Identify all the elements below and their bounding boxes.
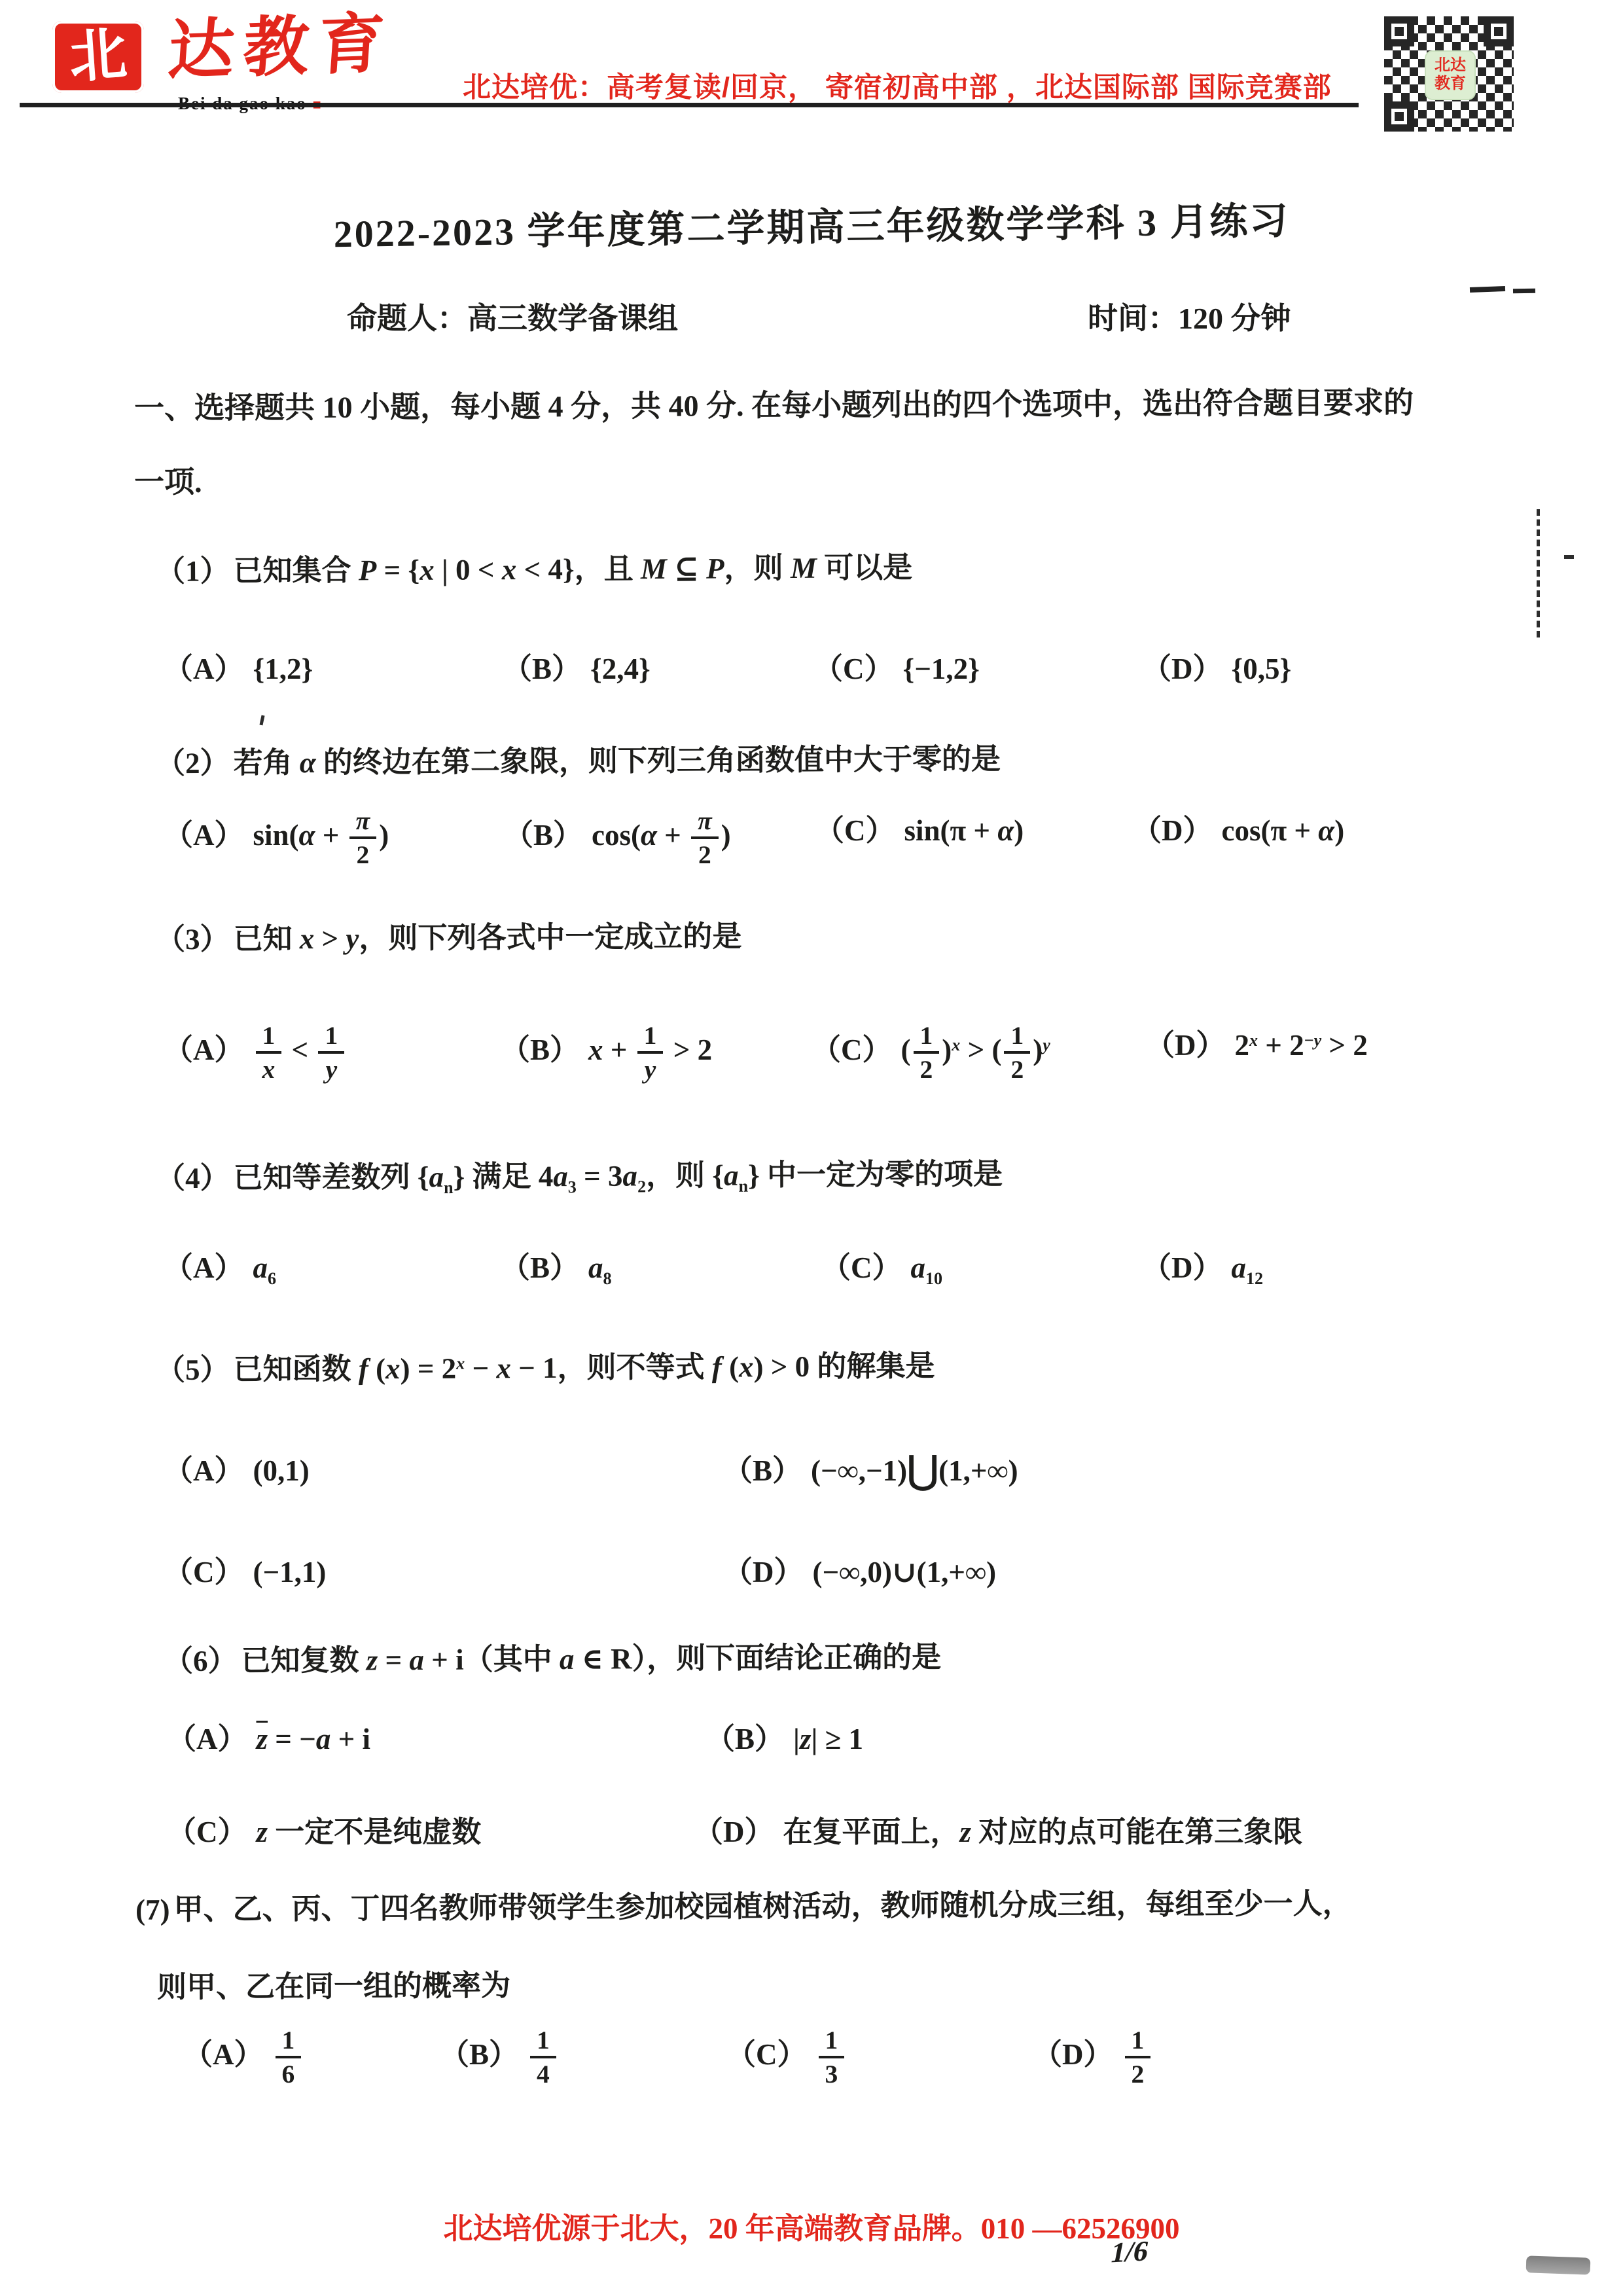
math-segment: ⋃ (907, 1449, 938, 1492)
option-label: （A） (164, 653, 244, 685)
math-segment: ( (368, 1352, 386, 1385)
math-segment: } 中一定为零的项是 (748, 1158, 1003, 1192)
math-segment: f (359, 1352, 368, 1385)
formula: sin(π + α) (904, 814, 1024, 847)
question-7-options: （A）16 （B）14 （C）13 （D）12 (0, 2026, 1623, 2124)
math-segment: 一定不是纯虚数 (268, 1816, 481, 1848)
math-segment: > ( (960, 1033, 1001, 1066)
math-segment: | ≥ 1 (811, 1723, 863, 1755)
math-segment: ) (1014, 814, 1024, 847)
fraction: 12 (914, 1021, 940, 1085)
option-label: （C） (726, 2038, 807, 2071)
formula: 若角 α 的终边在第二象限，则下列三角函数值中大于零的是 (233, 743, 1001, 780)
math-segment: n (739, 1177, 749, 1196)
math-segment: ( (901, 1033, 911, 1066)
question-7-stem-line1: (7)甲、乙、丙、丁四名教师带领学生参加校园植树活动，教师随机分成三组，每组至少… (135, 1879, 1352, 1928)
formula: 1x < 1y (253, 1033, 348, 1066)
math-segment: x (1249, 1031, 1258, 1050)
seal-character: 北 (67, 26, 129, 88)
formula: sin(α + π2) (253, 819, 389, 852)
question-3-stem: （3）已知 x > y，则下列各式中一定成立的是 (156, 912, 742, 958)
option-label: （B） (440, 2038, 518, 2071)
formula: x + 1y > 2 (588, 1033, 712, 1066)
math-segment: n (444, 1178, 454, 1197)
math-segment: < 4}，且 (516, 552, 641, 586)
math-segment: P (359, 554, 377, 586)
exam-duration: 时间：120 分钟 (1088, 295, 1291, 338)
math-segment: ) (1334, 814, 1344, 847)
math-segment: 对应的点可能在第三象限 (971, 1816, 1302, 1848)
option-c: （C）(12)x > (12)y (811, 1021, 1050, 1085)
fraction: 12 (1125, 2026, 1151, 2089)
math-segment: z (257, 1723, 268, 1755)
brand-name: 达教育 (166, 8, 396, 88)
math-segment: x (456, 1354, 465, 1373)
fraction: π2 (691, 806, 719, 870)
math-segment: y (346, 922, 359, 955)
formula: 12 (1122, 2038, 1154, 2071)
math-segment: ) (1033, 1033, 1043, 1066)
question-6-stem: （6）已知复数 z = a + i（其中 a ∈ R），则下面结论正确的是 (164, 1633, 942, 1679)
fraction: π2 (349, 806, 377, 870)
math-segment: > 2 (666, 1033, 712, 1066)
math-segment: 已知集合 (233, 554, 359, 587)
math-segment: y (1043, 1035, 1050, 1054)
math-segment: z (960, 1816, 972, 1848)
section-intro-line2: 一项. (134, 458, 202, 501)
scan-artifact-blob (1526, 2255, 1591, 2274)
math-segment: R (611, 1642, 632, 1675)
option-b: （B）cos(α + π2) (504, 806, 731, 870)
formula: (−∞,0)∪(1,+∞) (813, 1556, 997, 1588)
option-a: （A）16 (183, 2026, 304, 2089)
question-4-stem: （4）已知等差数列 {an} 满足 4a3 = 3a2，则 {an} 中一定为零… (156, 1150, 1003, 1200)
fraction-denominator: 3 (825, 2058, 838, 2089)
math-segment: + i (330, 1723, 370, 1755)
option-label: （C） (821, 1251, 902, 1284)
option-label: （B） (723, 1454, 802, 1487)
math-segment: a (588, 1251, 603, 1284)
math-segment: = 3 (577, 1160, 623, 1193)
math-segment: ) (942, 1033, 952, 1066)
formula: z = −a + i (257, 1723, 370, 1755)
fraction-numerator: 1 (256, 1021, 282, 1054)
math-segment: 3 (568, 1177, 577, 1196)
fraction-numerator: 1 (276, 2026, 302, 2058)
math-segment: (−1,1) (253, 1556, 327, 1588)
question-6-options-row1: （A）z = −a + i （B）|z| ≥ 1 (0, 1715, 1623, 1813)
math-segment: x (496, 1352, 511, 1384)
formula: 已知 x > y，则下列各式中一定成立的是 (233, 920, 741, 956)
option-b: （B）{2,4} (503, 645, 651, 687)
math-segment: M (641, 552, 667, 585)
math-segment: α (1318, 814, 1334, 847)
formula: 14 (527, 2038, 559, 2071)
formula: {−1,2} (903, 653, 980, 685)
math-segment: = − (268, 1723, 316, 1755)
math-segment: | (793, 1723, 800, 1755)
math-segment: z (366, 1643, 378, 1676)
math-segment: ) > 0 的解集是 (753, 1350, 935, 1383)
math-segment: (−∞,−1) (811, 1454, 907, 1487)
question-number: （4） (156, 1162, 230, 1195)
fraction: 1y (637, 1021, 664, 1085)
fraction-numerator: 1 (637, 1021, 664, 1054)
option-label: （D） (694, 1816, 774, 1848)
math-var: y (326, 1055, 338, 1084)
fraction: 13 (819, 2026, 845, 2089)
math-segment: + 2 (1258, 1029, 1304, 1062)
math-segment: (1,+∞) (938, 1454, 1018, 1487)
qr-finder-icon (1384, 101, 1414, 132)
math-var: x (262, 1055, 276, 1084)
option-a: （A）{1,2} (164, 645, 313, 687)
math-segment: f (712, 1351, 722, 1384)
question-number: （5） (156, 1354, 230, 1387)
option-label: （D） (1142, 653, 1222, 685)
option-label: （C） (815, 814, 895, 847)
math-segment: + (315, 819, 346, 852)
math-segment: 已知 (233, 922, 300, 956)
math-segment: a (429, 1160, 444, 1193)
math-segment: ) (379, 819, 389, 852)
option-label: （A） (164, 1033, 244, 1066)
math-segment: z (800, 1723, 811, 1755)
math-segment: a (316, 1723, 331, 1755)
option-label: （B） (501, 1251, 579, 1284)
fraction-numerator: 1 (819, 2026, 845, 2058)
math-segment: cos( (592, 819, 641, 852)
option-d: （D）cos(π + α) (1132, 806, 1344, 849)
option-label: （D） (1033, 2038, 1113, 2071)
formula: 16 (273, 2038, 304, 2071)
formula: |z| ≥ 1 (793, 1723, 863, 1755)
header-tagline: 北达培优：高考复读/回京， 寄宿初高中部 ，北达国际部 国际竞赛部 (463, 65, 1332, 105)
question-7-stem-line2: 则甲、乙在同一组的概率为 (157, 1962, 510, 2006)
math-segment: + (657, 819, 688, 852)
math-segment: x (419, 554, 435, 586)
math-segment: = { (376, 554, 419, 586)
footer-slogan: 北达培优源于北大，20 年高端教育品牌。010 —62526900 (0, 2204, 1623, 2247)
option-label: （D） (1145, 1029, 1226, 1062)
math-var: y (1043, 1035, 1050, 1054)
section-intro-line1: 一、选择题共 10 小题，每小题 4 分，共 40 分. 在每小题列出的四个选项… (134, 379, 1414, 428)
math-var: x (456, 1354, 465, 1373)
fraction-numerator: 1 (914, 1021, 940, 1054)
formula: {2,4} (590, 653, 651, 685)
option-c: （C）(−1,1) (164, 1548, 326, 1590)
math-segment: 2 (1235, 1029, 1250, 1062)
option-c: （C）a10 (821, 1244, 942, 1289)
math-segment: {2,4} (590, 653, 651, 685)
math-var: y (645, 1055, 656, 1084)
option-label: （D） (1142, 1251, 1222, 1284)
math-segment: a (1232, 1251, 1247, 1284)
question-5-stem: （5）已知函数 f (x) = 2x − x − 1，则不等式 f (x) > … (156, 1342, 935, 1388)
qr-label-line1: 北达 (1435, 57, 1466, 75)
math-segment: ，则 { (646, 1159, 724, 1193)
question-2-options: （A）sin(α + π2) （B）cos(α + π2) （C）sin(π +… (0, 806, 1623, 905)
option-d: （D）在复平面上，z 对应的点可能在第三象限 (694, 1808, 1302, 1850)
formula: {1,2} (253, 653, 313, 685)
formula: a12 (1232, 1251, 1264, 1284)
math-segment: x (385, 1352, 401, 1385)
math-segment: a (553, 1160, 568, 1193)
question-number: （2） (156, 747, 230, 780)
formula: 甲、乙、丙、丁四名教师带领学生参加校园植树活动，教师随机分成三组，每组至少一人， (173, 1887, 1351, 1926)
exam-paper-page: 北 达教育 Bei da gao kao ■ 北达培优：高考复读/回京， 寄宿初… (0, 0, 1623, 2296)
fraction-numerator: π (349, 806, 377, 839)
option-label: （D） (1132, 814, 1213, 847)
option-c: （C）sin(π + α) (815, 806, 1024, 849)
option-a: （A）(0,1) (164, 1446, 310, 1489)
option-d: （D）{0,5} (1142, 645, 1291, 687)
math-segment: ∈ (574, 1643, 611, 1676)
formula: a6 (253, 1251, 277, 1284)
fraction: 14 (530, 2026, 556, 2089)
option-label: （B） (501, 1033, 579, 1066)
math-segment: a (911, 1251, 926, 1284)
question-number: （3） (156, 923, 230, 956)
math-var: x (952, 1035, 960, 1054)
question-5-options-row2: （C）(−1,1) （D）(−∞,0)∪(1,+∞) (0, 1548, 1623, 1646)
qr-finder-icon (1484, 16, 1514, 46)
math-segment: {1,2} (253, 653, 313, 685)
option-a: （A）a6 (164, 1244, 276, 1289)
option-d: （D）12 (1033, 2026, 1153, 2089)
formula: 已知复数 z = a + i（其中 a ∈ R），则下面结论正确的是 (241, 1641, 941, 1677)
math-segment: −y (1304, 1031, 1321, 1050)
option-c: （C）z 一定不是纯虚数 (167, 1808, 481, 1850)
formula: (−1,1) (253, 1556, 327, 1588)
formula: 已知等差数列 {an} 满足 4a3 = 3a2，则 {an} 中一定为零的项是 (233, 1158, 1003, 1194)
scan-dash (1470, 286, 1505, 293)
fraction-denominator: y (326, 1054, 338, 1084)
option-a: （A）sin(α + π2) (164, 806, 389, 870)
math-segment: (0,1) (253, 1454, 310, 1487)
brand-seal-logo: 北 (52, 21, 144, 93)
qr-finder-icon (1384, 16, 1414, 46)
math-segment: ) (721, 819, 731, 852)
math-segment: ⊆ (667, 552, 706, 585)
option-label: （A） (183, 2038, 264, 2071)
option-b: （B）14 (440, 2026, 559, 2089)
option-a: （A）1x < 1y (164, 1021, 347, 1085)
page-number: 1/6 (1108, 2234, 1152, 2270)
fraction-denominator: 2 (1010, 1054, 1024, 1084)
formula: a8 (588, 1251, 612, 1284)
fraction-numerator: 1 (530, 2026, 556, 2058)
math-segment: ( (722, 1350, 740, 1383)
math-segment: < (284, 1033, 315, 1066)
math-var: y (1314, 1031, 1322, 1050)
scan-artifact-vertical-line (1537, 509, 1540, 637)
math-segment: 已知等差数列 { (233, 1160, 429, 1194)
question-1-stem: （1）已知集合 P = {x | 0 < x < 4}，且 M ⊆ P，则 M … (156, 543, 912, 590)
math-segment: a (724, 1159, 739, 1192)
math-segment: M (791, 552, 817, 584)
math-segment: + (603, 1033, 635, 1066)
math-segment: > (314, 922, 346, 955)
math-segment: a (622, 1160, 637, 1193)
question-number: （6） (164, 1645, 238, 1678)
math-segment: ) = 2 (400, 1352, 456, 1385)
formula: 2x + 2−y > 2 (1235, 1029, 1368, 1062)
math-segment: 可以是 (817, 551, 913, 584)
formula: 已知函数 f (x) = 2x − x − 1，则不等式 f (x) > 0 的… (233, 1350, 935, 1386)
option-label: （C） (811, 1033, 892, 1066)
fraction-numerator: π (691, 806, 719, 839)
fraction-denominator: 2 (920, 1054, 933, 1084)
math-segment: α (300, 746, 316, 779)
math-segment: {−1,2} (903, 653, 980, 685)
question-3-options: （A）1x < 1y （B）x + 1y > 2 （C）(12)x > (12)… (0, 1021, 1623, 1119)
fraction-numerator: 1 (1125, 2026, 1151, 2058)
math-segment: 10 (925, 1269, 942, 1288)
formula: {0,5} (1232, 653, 1292, 685)
question-number: (7) (135, 1893, 170, 1926)
formula: z 一定不是纯虚数 (257, 1816, 482, 1848)
option-b: （B）|z| ≥ 1 (705, 1715, 863, 1757)
formula: (0,1) (253, 1454, 310, 1487)
page-title: 2022-2023 学年度第二学期高三年级数学学科 3 月练习 (0, 185, 1623, 263)
fraction-denominator: 2 (357, 839, 370, 869)
option-d: （D）a12 (1142, 1244, 1263, 1289)
option-label: （A） (164, 819, 244, 852)
option-d: （D）(−∞,0)∪(1,+∞) (723, 1548, 996, 1590)
math-segment: x (502, 553, 517, 586)
option-c: （C）{−1,2} (813, 645, 980, 687)
math-segment: 6 (268, 1269, 276, 1288)
question-1-options: （A）{1,2} （B）{2,4} （C）{−1,2} （D）{0,5} (0, 645, 1623, 743)
option-label: （A） (164, 1454, 244, 1487)
math-segment: z (257, 1816, 268, 1848)
option-label: （B） (503, 653, 581, 685)
math-segment: − (465, 1352, 496, 1384)
qr-code: 北达 教育 (1384, 16, 1514, 132)
math-segment: (−∞,0)∪(1,+∞) (813, 1556, 997, 1588)
option-label: （B） (504, 819, 582, 852)
question-5-options-row1: （A）(0,1) （B）(−∞,−1)⋃(1,+∞) (0, 1446, 1623, 1545)
fraction-numerator: 1 (1004, 1021, 1030, 1054)
option-a: （A）z = −a + i (167, 1715, 370, 1757)
math-segment: = (378, 1643, 409, 1676)
question-2-stem: （2）若角 α 的终边在第二象限，则下列三角函数值中大于零的是 (156, 735, 1001, 782)
scan-artifact-dash (1564, 555, 1574, 559)
math-segment: sin( (253, 819, 299, 852)
formula: cos(π + α) (1222, 814, 1345, 847)
math-segment: a (560, 1643, 575, 1676)
math-segment: x (952, 1035, 960, 1054)
math-var: π (698, 806, 712, 835)
math-segment: a (409, 1643, 424, 1676)
qr-center-label: 北达 教育 (1425, 50, 1476, 100)
math-segment: 的终边在第二象限，则下列三角函数值中大于零的是 (316, 743, 1001, 779)
math-segment: 已知函数 (233, 1352, 359, 1386)
fraction: 1x (256, 1021, 282, 1085)
option-label: （A） (164, 1251, 244, 1284)
math-segment: ），则下面结论正确的是 (632, 1641, 942, 1675)
math-segment: } 满足 4 (453, 1160, 553, 1193)
math-segment: 在复平面上， (783, 1816, 960, 1848)
fraction-denominator: x (262, 1054, 276, 1084)
qr-label-line2: 教育 (1435, 75, 1466, 94)
math-segment: cos(π + (1222, 814, 1319, 847)
fraction-denominator: 6 (282, 2058, 295, 2089)
math-segment: > 2 (1321, 1029, 1368, 1062)
question-4-options: （A）a6 （B）a8 （C）a10 （D）a12 (0, 1244, 1623, 1342)
fraction: 1y (318, 1021, 344, 1085)
option-c: （C）13 (726, 2026, 847, 2089)
math-segment: {0,5} (1232, 653, 1292, 685)
math-segment: a (253, 1251, 268, 1284)
fraction-numerator: 1 (318, 1021, 344, 1054)
option-label: （A） (167, 1723, 247, 1755)
math-segment: x (300, 922, 315, 955)
formula: (12)x > (12)y (901, 1033, 1050, 1066)
scan-dash (1513, 289, 1535, 294)
option-label: （B） (705, 1723, 784, 1755)
fraction: 12 (1004, 1021, 1030, 1085)
exam-setter: 命题人：高三数学备课组 (347, 295, 678, 338)
math-segment: − 1，则不等式 (511, 1351, 712, 1385)
math-segment: 甲、乙、丙、丁四名教师带领学生参加校园植树活动，教师随机分成三组，每组至少一人， (173, 1887, 1351, 1926)
math-segment: α (641, 819, 657, 852)
formula: (−∞,−1)⋃(1,+∞) (811, 1454, 1018, 1487)
math-segment: α (299, 819, 315, 852)
math-segment: 已知复数 (241, 1643, 366, 1677)
math-segment: + i（其中 (424, 1643, 560, 1676)
option-b: （B）a8 (501, 1244, 612, 1289)
fraction-denominator: 2 (1132, 2058, 1145, 2089)
fraction-denominator: y (645, 1054, 656, 1084)
option-label: （C） (167, 1816, 247, 1848)
formula: 已知集合 P = {x | 0 < x < 4}，且 M ⊆ P，则 M 可以是 (233, 551, 912, 587)
fraction-denominator: 2 (698, 839, 711, 869)
formula: 在复平面上，z 对应的点可能在第三象限 (783, 1816, 1303, 1848)
option-d: （D）2x + 2−y > 2 (1145, 1021, 1368, 1064)
math-segment: 8 (603, 1269, 612, 1288)
math-segment: 若角 (233, 746, 300, 780)
math-segment: 2 (637, 1177, 646, 1196)
option-label: （C） (813, 653, 894, 685)
math-segment: ，则下列各式中一定成立的是 (359, 920, 741, 955)
math-segment: x (588, 1033, 603, 1066)
math-segment: 12 (1246, 1269, 1263, 1288)
math-segment: | 0 < (435, 553, 502, 586)
fraction: 16 (276, 2026, 302, 2089)
math-var: π (356, 806, 370, 835)
math-segment: P (706, 552, 724, 584)
math-segment: α (997, 814, 1014, 847)
question-number: （1） (156, 554, 230, 588)
formula: cos(α + π2) (592, 819, 731, 852)
option-label: （C） (164, 1556, 244, 1588)
formula: a10 (911, 1251, 943, 1284)
math-segment: sin(π + (904, 814, 998, 847)
header-divider (20, 103, 1359, 107)
math-segment: x (739, 1350, 754, 1383)
math-segment: ，则 (724, 552, 791, 585)
formula: 13 (816, 2038, 847, 2071)
option-label: （D） (723, 1556, 804, 1588)
option-b: （B）(−∞,−1)⋃(1,+∞) (723, 1446, 1018, 1492)
fraction-denominator: 4 (537, 2058, 550, 2089)
math-var: x (1249, 1031, 1258, 1050)
option-b: （B）x + 1y > 2 (501, 1021, 712, 1085)
